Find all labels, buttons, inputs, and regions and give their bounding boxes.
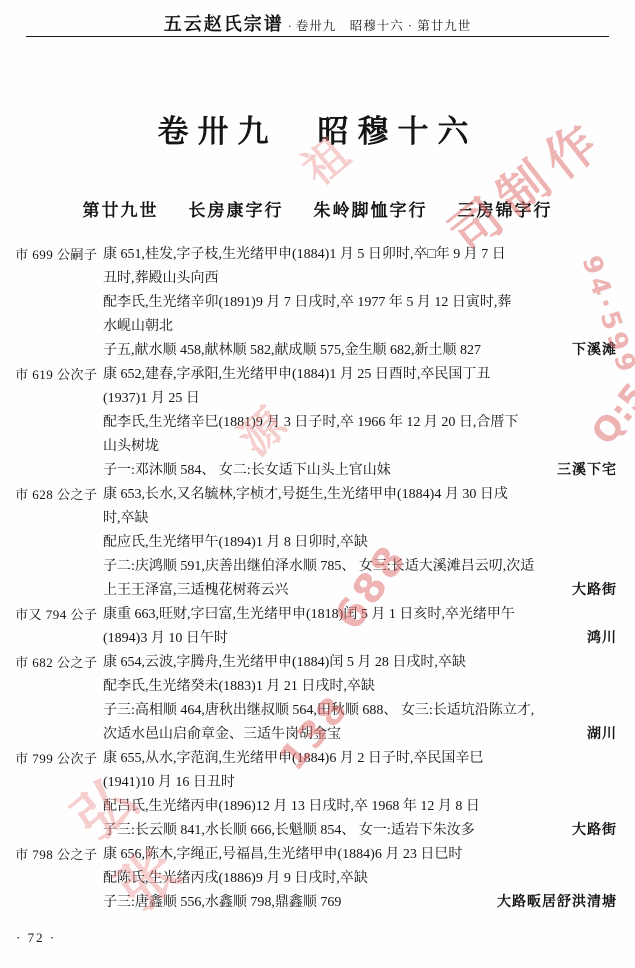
- generation-label: 第廿九世: [83, 196, 159, 221]
- header-rule: [26, 36, 609, 37]
- genealogy-line: 子二:庆鸿顺 591,庆善出继伯泽水顺 785、 女三:长适大溪滩吕云叨,次适: [103, 555, 617, 579]
- line-text: 康 652,建春,字承阳,生光绪甲申(1884)1 月 25 日酉时,卒民国丁丑: [103, 367, 490, 382]
- entry-father-label: 市 799 公次子: [15, 747, 103, 771]
- line-text: 子五,献水顺 458,献林顺 582,献成顺 575,金生顺 682,新土顺 8…: [103, 343, 481, 358]
- page-number: · 72 ·: [16, 930, 56, 946]
- line-text: 子三:唐鑫顺 556,水鑫顺 798,鼎鑫顺 769: [103, 895, 341, 910]
- line-text: 子三:长云顺 841,水长顺 666,长魁顺 854、 女一:适岩下朱汝多: [103, 823, 475, 838]
- volume-heading: 卷卅九 昭穆十六 · 第廿九世: [296, 19, 471, 33]
- genealogy-line: 康 654,云波,字腾舟,生光绪甲申(1884)闰 5 月 28 日戌时,卒缺: [103, 651, 617, 675]
- line-text: 配李氏,生光绪辛卯(1891)9 月 7 日戌时,卒 1977 年 5 月 12…: [103, 295, 511, 310]
- branch-label-1: 长房康字行: [189, 196, 284, 221]
- line-text: 康 653,长水,又名毓林,字桢才,号挺生,生光绪甲申(1884)4 月 30 …: [103, 487, 508, 502]
- entry-father-label: 市 682 公之子: [15, 651, 103, 675]
- genealogy-line: 子一:邓沐顺 584、 女二:长女适下山头上官山妹三溪下宅: [103, 459, 617, 483]
- line-text: 子三:高相顺 464,唐秋出继叔顺 564,田秋顺 688、 女三:长适坑沿陈立…: [103, 703, 534, 718]
- genealogy-line: (1941)10 月 16 日丑时: [103, 771, 617, 795]
- residence-place: 大路畈居舒洪清塘: [497, 891, 617, 915]
- line-text: 子二:庆鸿顺 591,庆善出继伯泽水顺 785、 女三:长适大溪滩吕云叨,次适: [103, 559, 534, 574]
- line-text: 康 651,桂发,字子枝,生光绪甲申(1884)1 月 5 日卯时,卒□年 9 …: [103, 247, 506, 262]
- section-heading: 第廿九世 长房康字行 朱岭脚恤字行 三房锦字行: [0, 196, 635, 221]
- branch-label-2: 朱岭脚恤字行: [314, 196, 428, 221]
- line-text: 子一:邓沐顺 584、 女二:长女适下山头上官山妹: [103, 463, 391, 478]
- line-text: 康 654,云波,字腾舟,生光绪甲申(1884)闰 5 月 28 日戌时,卒缺: [103, 655, 466, 670]
- genealogy-line: 水岘山朝北: [103, 315, 617, 339]
- line-text: 水岘山朝北: [103, 319, 173, 334]
- genealogy-entry: 市 799 公次子 康 655,从水,字范润,生光绪甲申(1884)6 月 2 …: [15, 747, 617, 843]
- line-text: 次适水邑山启俞章金、三适牛岗胡金宝: [103, 727, 341, 742]
- entries-list: 市 699 公嗣子 康 651,桂发,字子枝,生光绪甲申(1884)1 月 5 …: [15, 243, 617, 915]
- genealogy-line: 次适水邑山启俞章金、三适牛岗胡金宝湖川: [103, 723, 617, 747]
- line-text: 配陈氏,生光绪丙戌(1886)9 月 9 日戌时,卒缺: [103, 871, 368, 886]
- entry-body: 康 651,桂发,字子枝,生光绪甲申(1884)1 月 5 日卯时,卒□年 9 …: [103, 243, 617, 363]
- line-text: 上王王泽富,三适槐花树蒋云兴: [103, 583, 289, 598]
- genealogy-line: 时,卒缺: [103, 507, 617, 531]
- genealogy-line: 康 656,陈木,字绳正,号福昌,生光绪甲申(1884)6 月 23 日巳时: [103, 843, 617, 867]
- entry-father-label: 市又 794 公子: [15, 603, 103, 627]
- line-text: 时,卒缺: [103, 511, 149, 526]
- residence-place: 三溪下宅: [557, 459, 617, 483]
- genealogy-line: 配李氏,生光绪辛卯(1891)9 月 7 日戌时,卒 1977 年 5 月 12…: [103, 291, 617, 315]
- running-header: 五云赵氏宗谱·卷卅九 昭穆十六 · 第廿九世: [0, 10, 635, 36]
- line-text: 配李氏,生光绪辛巳(1881)9 月 3 日子时,卒 1966 年 12 月 2…: [103, 415, 518, 430]
- entry-body: 康 655,从水,字范润,生光绪甲申(1884)6 月 2 日子时,卒民国辛巳 …: [103, 747, 617, 843]
- header-separator: ·: [284, 19, 296, 33]
- line-text: 丑时,葬殿山头向西: [103, 271, 219, 286]
- page-title: 卷卅九 昭穆十六: [0, 106, 635, 151]
- line-text: 山头树垅: [103, 439, 159, 454]
- residence-place: 大路街: [572, 819, 617, 843]
- genealogy-entry: 市 628 公之子 康 653,长水,又名毓林,字桢才,号挺生,生光绪甲申(18…: [15, 483, 617, 603]
- entry-body: 康 656,陈木,字绳正,号福昌,生光绪甲申(1884)6 月 23 日巳时 配…: [103, 843, 617, 915]
- line-text: (1894)3 月 10 日午时: [103, 631, 228, 646]
- entry-father-label: 市 798 公之子: [15, 843, 103, 867]
- genealogy-line: 丑时,葬殿山头向西: [103, 267, 617, 291]
- genealogy-line: 康 652,建春,字承阳,生光绪甲申(1884)1 月 25 日酉时,卒民国丁丑: [103, 363, 617, 387]
- entry-father-label: 市 699 公嗣子: [15, 243, 103, 267]
- genealogy-line: 子三:高相顺 464,唐秋出继叔顺 564,田秋顺 688、 女三:长适坑沿陈立…: [103, 699, 617, 723]
- entry-father-label: 市 619 公次子: [15, 363, 103, 387]
- genealogy-entry: 市 699 公嗣子 康 651,桂发,字子枝,生光绪甲申(1884)1 月 5 …: [15, 243, 617, 363]
- line-text: 康 655,从水,字范润,生光绪甲申(1884)6 月 2 日子时,卒民国辛巳: [103, 751, 483, 766]
- residence-place: 大路街: [572, 579, 617, 603]
- genealogy-line: 子三:长云顺 841,水长顺 666,长魁顺 854、 女一:适岩下朱汝多大路街: [103, 819, 617, 843]
- genealogy-line: 山头树垅: [103, 435, 617, 459]
- residence-place: 鸿川: [587, 627, 617, 651]
- residence-place: 下溪滩: [572, 339, 617, 363]
- line-text: 配吕氏,生光绪丙申(1896)12 月 13 日戌时,卒 1968 年 12 月…: [103, 799, 480, 814]
- genealogy-line: (1937)1 月 25 日: [103, 387, 617, 411]
- line-text: (1941)10 月 16 日丑时: [103, 775, 235, 790]
- genealogy-line: (1894)3 月 10 日午时鸿川: [103, 627, 617, 651]
- genealogy-page: 五云赵氏宗谱·卷卅九 昭穆十六 · 第廿九世 卷卅九 昭穆十六 第廿九世 长房康…: [0, 0, 635, 968]
- genealogy-line: 配应氏,生光绪甲午(1894)1 月 8 日卯时,卒缺: [103, 531, 617, 555]
- line-text: 康重 663,旺财,字曰富,生光绪甲申(1818)闰 5 月 1 日亥时,卒光绪…: [103, 607, 515, 622]
- genealogy-entry: 市又 794 公子 康重 663,旺财,字曰富,生光绪甲申(1818)闰 5 月…: [15, 603, 617, 651]
- genealogy-line: 子三:唐鑫顺 556,水鑫顺 798,鼎鑫顺 769大路畈居舒洪清塘: [103, 891, 617, 915]
- genealogy-line: 康 653,长水,又名毓林,字桢才,号挺生,生光绪甲申(1884)4 月 30 …: [103, 483, 617, 507]
- entry-body: 康重 663,旺财,字曰富,生光绪甲申(1818)闰 5 月 1 日亥时,卒光绪…: [103, 603, 617, 651]
- genealogy-line: 配李氏,生光绪辛巳(1881)9 月 3 日子时,卒 1966 年 12 月 2…: [103, 411, 617, 435]
- genealogy-line: 康 655,从水,字范润,生光绪甲申(1884)6 月 2 日子时,卒民国辛巳: [103, 747, 617, 771]
- genealogy-entry: 市 798 公之子 康 656,陈木,字绳正,号福昌,生光绪甲申(1884)6 …: [15, 843, 617, 915]
- genealogy-line: 康重 663,旺财,字曰富,生光绪甲申(1818)闰 5 月 1 日亥时,卒光绪…: [103, 603, 617, 627]
- genealogy-line: 配吕氏,生光绪丙申(1896)12 月 13 日戌时,卒 1968 年 12 月…: [103, 795, 617, 819]
- line-text: (1937)1 月 25 日: [103, 391, 200, 406]
- line-text: 配李氏,生光绪癸未(1883)1 月 21 日戌时,卒缺: [103, 679, 375, 694]
- genealogy-line: 康 651,桂发,字子枝,生光绪甲申(1884)1 月 5 日卯时,卒□年 9 …: [103, 243, 617, 267]
- line-text: 康 656,陈木,字绳正,号福昌,生光绪甲申(1884)6 月 23 日巳时: [103, 847, 462, 862]
- genealogy-line: 子五,献水顺 458,献林顺 582,献成顺 575,金生顺 682,新土顺 8…: [103, 339, 617, 363]
- genealogy-line: 配陈氏,生光绪丙戌(1886)9 月 9 日戌时,卒缺: [103, 867, 617, 891]
- entry-father-label: 市 628 公之子: [15, 483, 103, 507]
- entry-body: 康 653,长水,又名毓林,字桢才,号挺生,生光绪甲申(1884)4 月 30 …: [103, 483, 617, 603]
- book-title: 五云赵氏宗谱: [164, 14, 284, 34]
- genealogy-entry: 市 619 公次子 康 652,建春,字承阳,生光绪甲申(1884)1 月 25…: [15, 363, 617, 483]
- genealogy-line: 上王王泽富,三适槐花树蒋云兴大路街: [103, 579, 617, 603]
- entry-body: 康 654,云波,字腾舟,生光绪甲申(1884)闰 5 月 28 日戌时,卒缺 …: [103, 651, 617, 747]
- residence-place: 湖川: [587, 723, 617, 747]
- genealogy-entry: 市 682 公之子 康 654,云波,字腾舟,生光绪甲申(1884)闰 5 月 …: [15, 651, 617, 747]
- entry-body: 康 652,建春,字承阳,生光绪甲申(1884)1 月 25 日酉时,卒民国丁丑…: [103, 363, 617, 483]
- line-text: 配应氏,生光绪甲午(1894)1 月 8 日卯时,卒缺: [103, 535, 368, 550]
- genealogy-line: 配李氏,生光绪癸未(1883)1 月 21 日戌时,卒缺: [103, 675, 617, 699]
- branch-label-3: 三房锦字行: [458, 196, 553, 221]
